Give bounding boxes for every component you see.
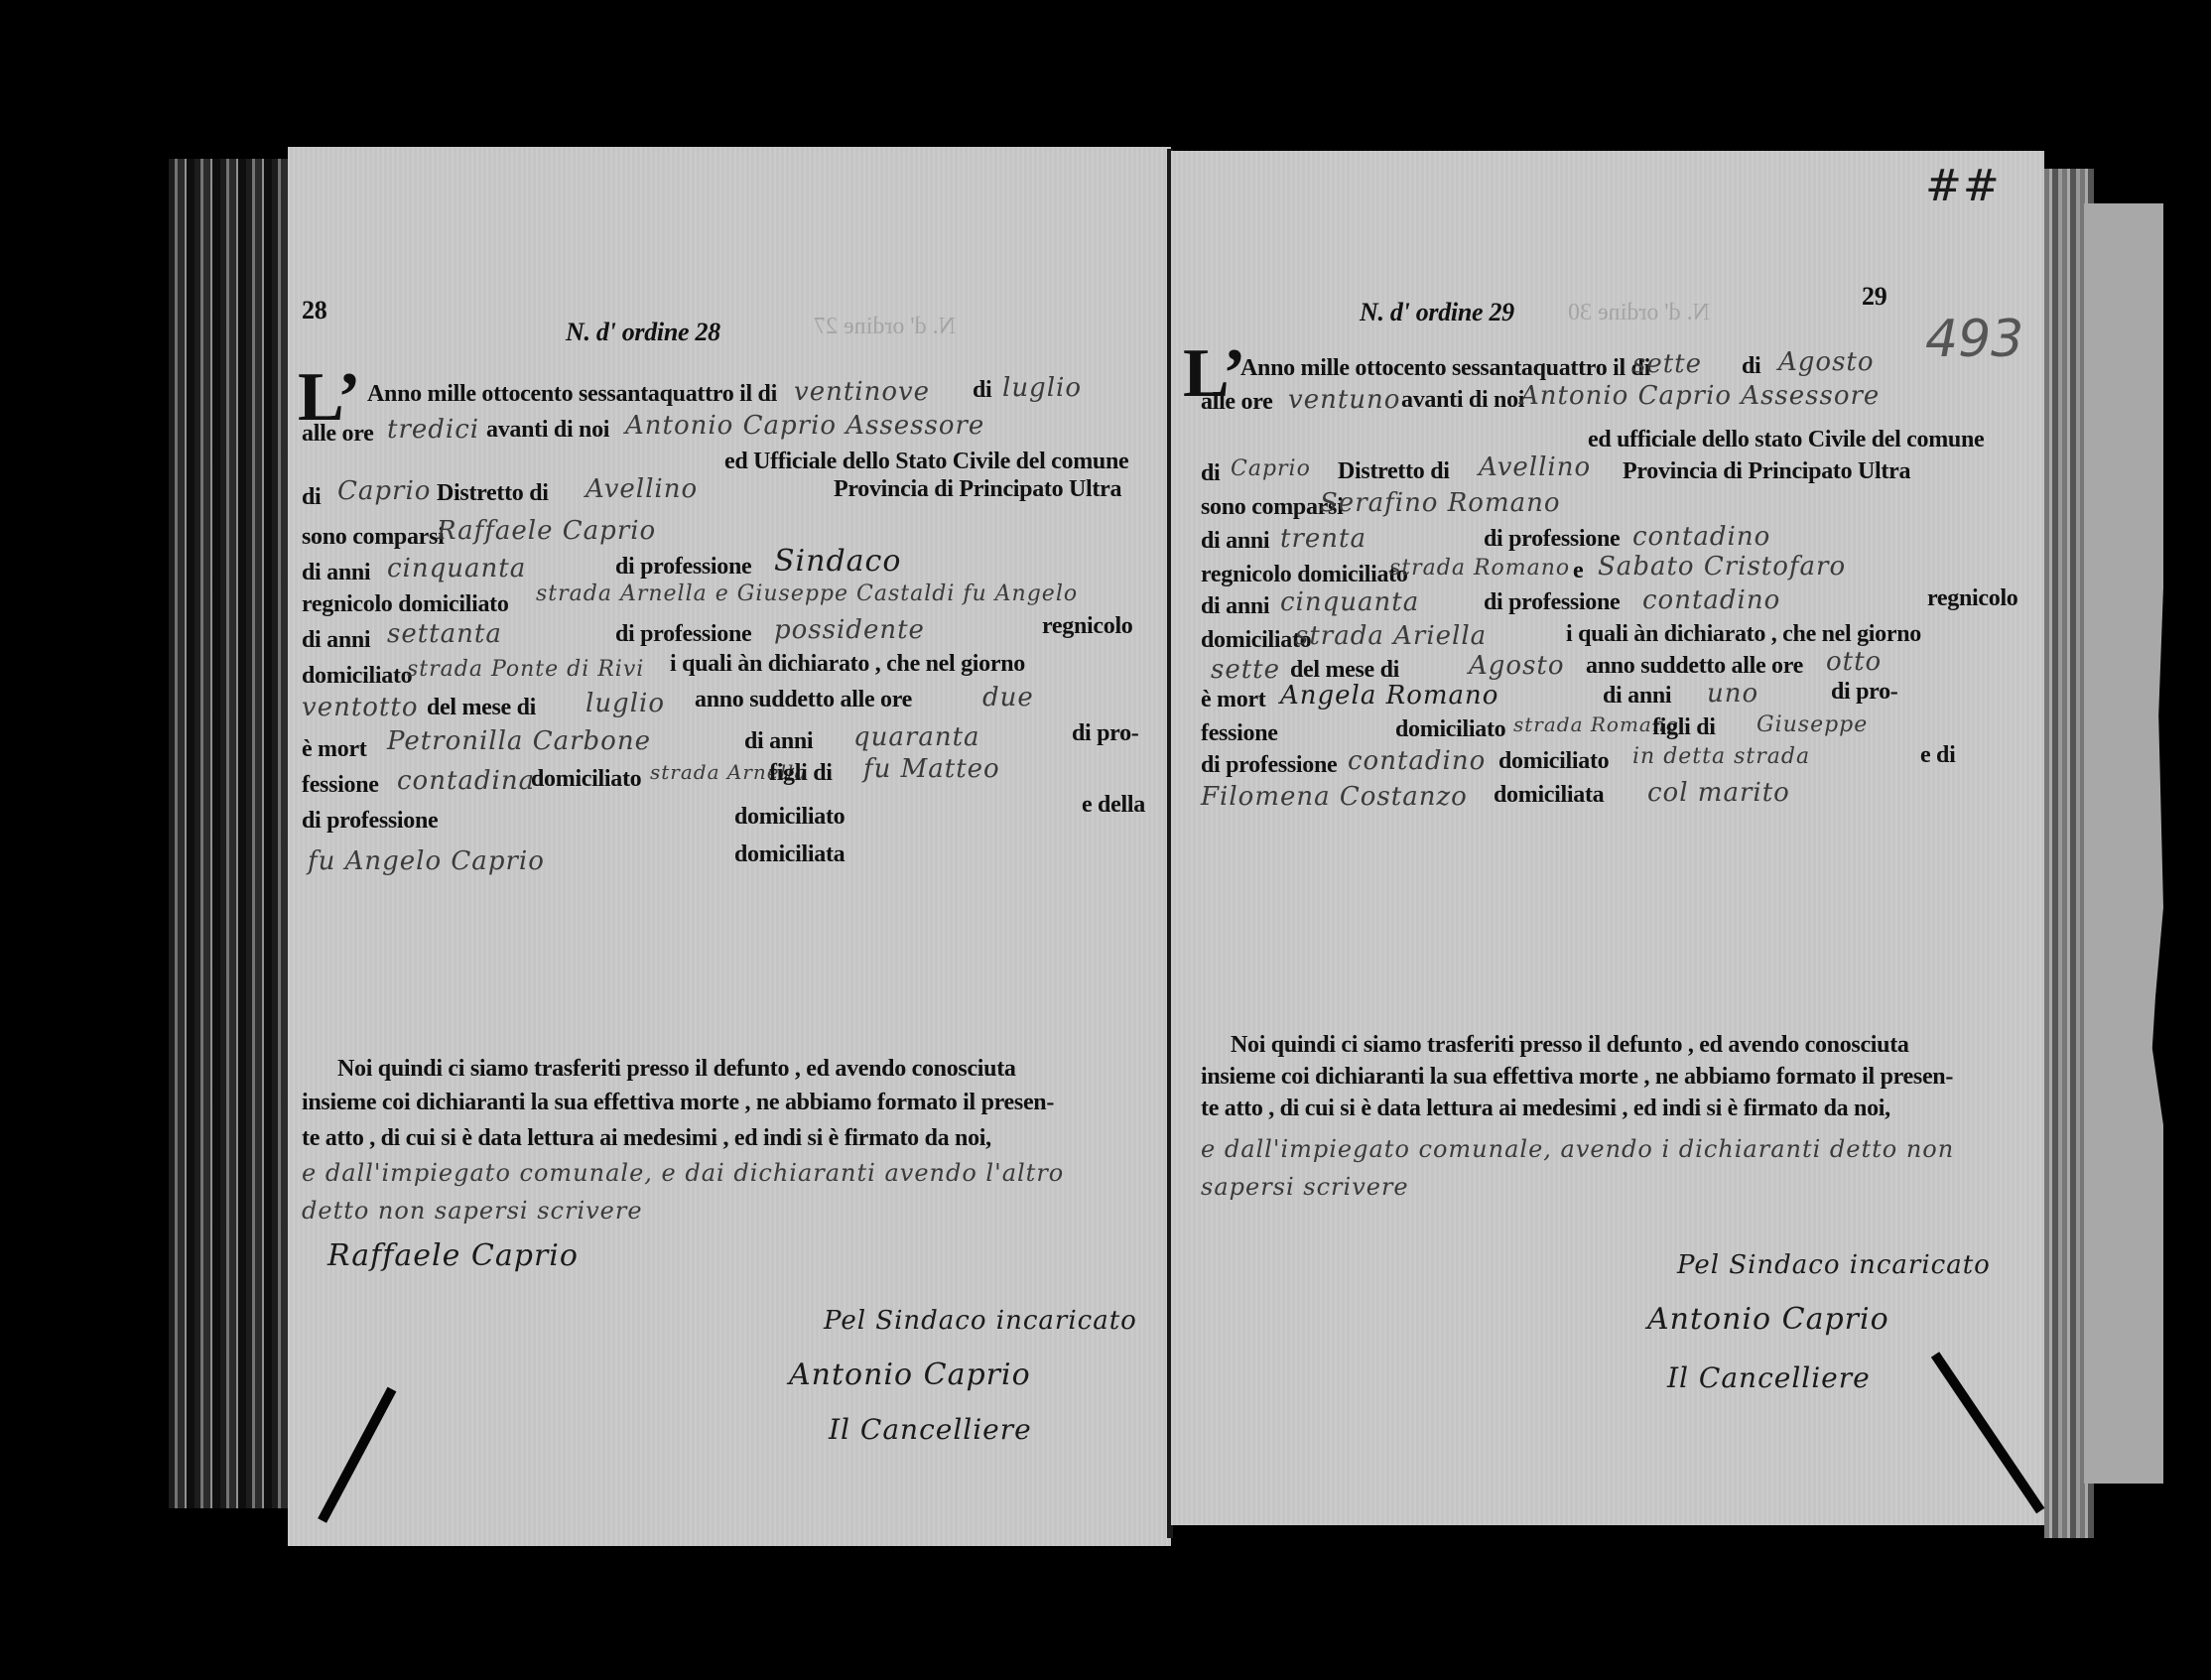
handwriting: possidente [774, 615, 925, 645]
text-line: di anni [744, 728, 813, 755]
text-line: anno suddetto alle ore [1586, 653, 1803, 680]
text-line: alle ore [1201, 389, 1272, 416]
text-line: Anno mille ottocento sessantaquattro il … [367, 381, 777, 408]
text-line: alle ore [302, 421, 373, 448]
text-line: domiciliato [734, 804, 845, 831]
top-right-mark: ## [1925, 161, 2001, 211]
handwriting: detto non sapersi scrivere [302, 1197, 643, 1225]
handwriting: settanta [387, 619, 502, 649]
handwriting: Sindaco [774, 544, 901, 579]
text-line: di professione [1484, 526, 1620, 553]
text-line: regnicolo domiciliato [1201, 562, 1408, 588]
text-line: ed Ufficiale dello Stato Civile del comu… [724, 449, 1128, 475]
ghost-order-label: N. d' ordine 27 [814, 314, 956, 340]
order-label: N. d' ordine 28 [566, 318, 720, 347]
handwriting: uno [1707, 679, 1758, 709]
text-line: regnicolo [1927, 585, 2018, 612]
handwriting: cinquanta [387, 554, 526, 583]
handwriting: quaranta [853, 722, 980, 752]
text-line: Provincia di Principato Ultra [834, 476, 1121, 503]
handwriting: Serafino Romano [1320, 488, 1561, 518]
handwriting: ventinove [794, 377, 930, 407]
closing-line: Noi quindi ci siamo trasferiti presso il… [1231, 1032, 1909, 1059]
left-page: 28 N. d' ordine 28 N. d' ordine 27 L’ An… [288, 147, 1171, 1546]
handwriting: Agosto [1778, 347, 1875, 377]
closing-line: te atto , di cui si è data lettura ai me… [302, 1125, 991, 1152]
text-line: del mese di [1290, 657, 1399, 684]
text-line: e [1573, 558, 1583, 584]
loose-sheet [2084, 203, 2163, 1484]
text-line: di anni [302, 560, 370, 586]
handwriting: contadino [1632, 522, 1770, 552]
handwriting: due [982, 683, 1034, 712]
handwriting: contadino [1348, 746, 1486, 776]
text-line: regnicolo domiciliato [302, 591, 509, 618]
signature: Pel Sindaco incaricato [1677, 1250, 1991, 1280]
handwriting: ventotto [302, 693, 418, 722]
text-line: domiciliata [1494, 782, 1604, 809]
text-line: di anni [1201, 528, 1269, 555]
text-line: domiciliato [531, 766, 641, 793]
handwriting: Avellino [585, 474, 698, 504]
text-line: di professione [302, 808, 438, 835]
closing-line: insieme coi dichiaranti la sua effettiva… [1201, 1064, 1953, 1091]
text-line: fessione [302, 772, 379, 799]
text-line: del mese di [427, 695, 536, 721]
handwriting: sette [1632, 349, 1702, 379]
handwriting: e dall'impiegato comunale, avendo i dich… [1201, 1135, 1954, 1163]
text-line: figli di [769, 760, 833, 787]
archive-number: 493 [1925, 310, 2023, 369]
handwriting: strada Romano [1389, 556, 1570, 581]
handwriting: cinquanta [1280, 587, 1419, 617]
text-line: di pro- [1831, 679, 1897, 706]
handwriting: trenta [1280, 524, 1366, 554]
text-line: i quali àn dichiarato , che nel giorno [670, 651, 1025, 678]
handwriting: in detta strada [1632, 744, 1810, 769]
handwriting: fu Matteo [863, 754, 1000, 784]
handwriting: Antonio Caprio Assessore [1520, 381, 1880, 411]
handwriting: Avellino [1479, 452, 1591, 482]
text-line: di professione [1484, 589, 1620, 616]
text-line: Anno mille ottocento sessantaquattro il … [1240, 355, 1650, 382]
text-line: di anni [1201, 593, 1269, 620]
text-line: i quali àn dichiarato , che nel giorno [1566, 621, 1921, 648]
page-number: 29 [1862, 282, 1886, 312]
handwriting: luglio [1002, 373, 1082, 403]
handwriting: tredici [387, 415, 479, 445]
handwriting: Agosto [1469, 651, 1565, 681]
handwriting: sapersi scrivere [1201, 1173, 1409, 1201]
closing-line: te atto , di cui si è data lettura ai me… [1201, 1096, 1890, 1122]
signature: Pel Sindaco incaricato [824, 1306, 1137, 1336]
handwriting: strada Arnella e Giuseppe Castaldi fu An… [536, 582, 1078, 606]
handwriting: otto [1826, 647, 1882, 677]
text-line: Provincia di Principato Ultra [1623, 458, 1910, 485]
text-line: Distretto di [1338, 458, 1450, 485]
handwriting: e dall'impiegato comunale, e dai dichiar… [302, 1159, 1064, 1187]
text-line: e di [1920, 742, 1955, 769]
text-line: domiciliata [734, 841, 845, 868]
text-line: di professione [615, 554, 751, 581]
text-line: avanti di noi [486, 417, 609, 444]
text-line: di [1742, 353, 1760, 380]
text-line: domiciliato [1395, 716, 1505, 743]
signature: Il Cancelliere [1667, 1361, 1871, 1394]
handwriting: Caprio [1231, 456, 1311, 481]
closing-line: Noi quindi ci siamo trasferiti presso il… [337, 1056, 1016, 1083]
text-line: di [973, 377, 991, 404]
handwriting: strada Ariella [1295, 621, 1487, 651]
text-line: di [1201, 460, 1220, 487]
text-line: di anni [1603, 683, 1671, 710]
handwriting: Caprio [337, 476, 431, 506]
text-line: fessione [1201, 720, 1278, 747]
text-line: anno suddetto alle ore [695, 687, 912, 713]
handwriting: ventuno [1288, 385, 1400, 415]
closing-line: insieme coi dichiaranti la sua effettiva… [302, 1090, 1054, 1116]
handwriting: Angela Romano [1280, 681, 1498, 711]
book-edge-left [169, 159, 288, 1508]
text-line: Distretto di [437, 480, 549, 507]
text-line: di pro- [1072, 720, 1138, 747]
handwriting: fu Angelo Caprio [308, 846, 545, 876]
signature: Antonio Caprio [1647, 1302, 1889, 1337]
signature: Antonio Caprio [789, 1357, 1031, 1392]
handwriting: Raffaele Caprio [437, 516, 656, 546]
handwriting: Antonio Caprio Assessore [625, 411, 984, 441]
text-line: sono comparsi [302, 524, 444, 551]
handwriting: Sabato Cristofaro [1598, 552, 1846, 582]
handwriting: luglio [585, 689, 665, 718]
handwriting: sette [1211, 655, 1280, 685]
handwriting: strada Ponte di Rivi [407, 657, 644, 682]
text-line: di anni [302, 627, 370, 654]
handwriting: col marito [1647, 778, 1790, 808]
handwriting: Giuseppe [1756, 712, 1868, 737]
text-line: di professione [615, 621, 751, 648]
page-number: 28 [302, 296, 326, 325]
signature: Raffaele Caprio [327, 1238, 579, 1273]
text-line: di [302, 484, 321, 511]
signature: Il Cancelliere [829, 1413, 1032, 1446]
text-line: e della [1082, 792, 1145, 819]
handwriting: contadina [397, 766, 535, 796]
text-line: avanti di noi [1401, 387, 1524, 414]
text-line: regnicolo [1042, 613, 1133, 640]
ghost-order-label: N. d' ordine 30 [1568, 300, 1710, 326]
text-line: figli di [1652, 714, 1716, 741]
text-line: domiciliato [302, 663, 412, 690]
text-line: di professione [1201, 752, 1337, 779]
text-line: è mort [1201, 687, 1266, 713]
text-line: domiciliato [1498, 748, 1609, 775]
text-line: ed ufficiale dello stato Civile del comu… [1588, 427, 1984, 453]
text-line: è mort [302, 736, 367, 763]
handwriting: Filomena Costanzo [1201, 782, 1468, 812]
handwriting: contadino [1642, 585, 1780, 615]
right-page: 493 ## 29 N. d' ordine 29 N. d' ordine 3… [1171, 151, 2044, 1525]
handwriting: Petronilla Carbone [387, 726, 651, 756]
order-label: N. d' ordine 29 [1360, 298, 1514, 327]
